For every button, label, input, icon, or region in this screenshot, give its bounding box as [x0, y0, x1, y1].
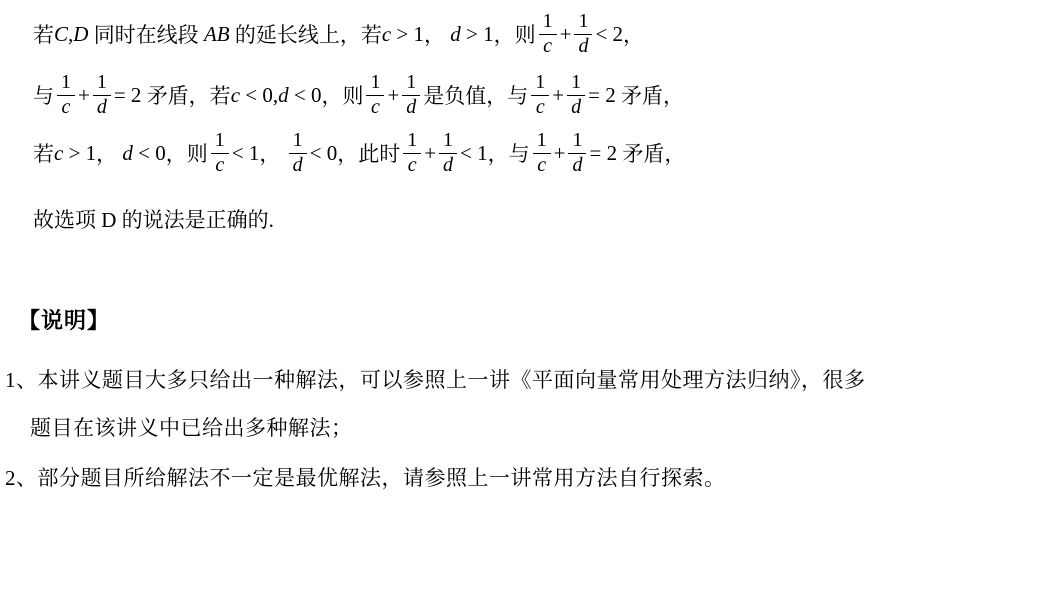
solution-math-line-3: 若c > 1， d < 0，则1c< 1， 1d< 0，此时1c+1d< 1，与…	[33, 123, 685, 183]
note-item-1-line-2: 题目在该讲义中已给出多种解法；	[30, 412, 353, 442]
text-run: 的延长线上，若	[230, 19, 382, 49]
math-operator: < 0	[310, 141, 338, 166]
text-run: ，	[96, 138, 122, 168]
math-operator: < 1	[232, 141, 260, 166]
text-run: ，此时	[337, 138, 400, 168]
math-operator: < 0	[133, 141, 166, 166]
note-item-2-line-1: 2、部分题目所给解法不一定是最优解法，请参照上一讲常用方法自行探索。	[5, 462, 726, 492]
math-variable: AB	[204, 22, 230, 47]
fraction: 1c	[211, 130, 229, 176]
math-operator: > 1	[391, 22, 424, 47]
solution-math-line-1: 若C,D 同时在线段 AB 的延长线上，若c > 1， d > 1，则1c+1d…	[33, 6, 644, 62]
math-operator: < 1	[460, 141, 488, 166]
fraction-denominator: c	[537, 154, 546, 177]
math-operator: > 1	[63, 141, 96, 166]
math-operator: = 2	[589, 141, 617, 166]
text-run: 矛盾，	[616, 80, 684, 110]
fraction-denominator: d	[572, 154, 582, 177]
fraction: 1c	[531, 72, 549, 118]
text-run: ，与	[488, 138, 530, 168]
fraction: 1c	[366, 72, 384, 118]
fraction-denominator: c	[536, 96, 545, 119]
document-page: 若C,D 同时在线段 AB 的延长线上，若c > 1， d > 1，则1c+1d…	[0, 0, 1063, 604]
fraction-numerator: 1	[93, 72, 111, 96]
text-run: ，	[424, 19, 450, 49]
fraction-numerator: 1	[402, 72, 420, 96]
fraction-denominator: c	[215, 154, 224, 177]
text-run: 矛盾，若	[141, 80, 230, 110]
text-run: 同时在线段	[88, 19, 204, 49]
fraction-denominator: d	[293, 154, 303, 177]
fraction-numerator: 1	[539, 11, 557, 35]
math-operator: < 0,	[240, 83, 278, 108]
fraction-denominator: d	[578, 35, 588, 58]
math-variable: c	[231, 83, 240, 108]
text-run: ，	[259, 138, 285, 168]
solution-math-line-2: 与1c+1d= 2 矛盾，若c < 0,d < 0，则1c+1d是负值，与1c+…	[33, 66, 684, 124]
math-operator: < 2	[595, 22, 623, 47]
text-run: ，则	[321, 80, 363, 110]
math-variable: d	[278, 83, 289, 108]
fraction-denominator: c	[543, 35, 552, 58]
fraction-denominator: c	[62, 96, 71, 119]
fraction-denominator: d	[443, 154, 453, 177]
fraction-numerator: 1	[567, 72, 585, 96]
text-run: 若	[33, 138, 54, 168]
fraction: 1d	[568, 130, 586, 176]
fraction-numerator: 1	[531, 72, 549, 96]
math-operator: +	[554, 141, 566, 166]
fraction-denominator: d	[406, 96, 416, 119]
fraction: 1c	[533, 130, 551, 176]
fraction-denominator: c	[371, 96, 380, 119]
text-run: 矛盾，	[617, 138, 685, 168]
math-variable: d	[122, 141, 133, 166]
fraction-denominator: d	[97, 96, 107, 119]
fraction-numerator: 1	[439, 130, 457, 154]
fraction: 1d	[402, 72, 420, 118]
fraction-numerator: 1	[403, 130, 421, 154]
math-operator: > 1	[461, 22, 494, 47]
math-variable: C,D	[54, 22, 88, 47]
fraction-numerator: 1	[366, 72, 384, 96]
fraction-numerator: 1	[289, 130, 307, 154]
math-variable: d	[450, 22, 461, 47]
fraction-numerator: 1	[568, 130, 586, 154]
math-operator: +	[552, 83, 564, 108]
fraction: 1c	[57, 72, 75, 118]
note-item-1-line-1: 1、本讲义题目大多只给出一种解法，可以参照上一讲《平面向量常用处理方法归纳》，很…	[5, 364, 866, 394]
solution-conclusion: 故选项 D 的说法是正确的.	[33, 204, 274, 234]
fraction: 1d	[289, 130, 307, 176]
math-operator: +	[424, 141, 436, 166]
fraction-denominator: c	[408, 154, 417, 177]
math-operator: +	[560, 22, 572, 47]
math-variable: c	[382, 22, 391, 47]
math-variable: c	[54, 141, 63, 166]
fraction: 1d	[93, 72, 111, 118]
text-run: 是负值，与	[423, 80, 528, 110]
text-run: ，则	[166, 138, 208, 168]
fraction: 1c	[539, 11, 557, 57]
fraction: 1d	[567, 72, 585, 118]
fraction-numerator: 1	[57, 72, 75, 96]
text-run: 与	[33, 80, 54, 110]
text-run: ，	[623, 19, 644, 49]
math-operator: = 2	[114, 83, 142, 108]
fraction: 1c	[403, 130, 421, 176]
fraction: 1d	[574, 11, 592, 57]
text-run: ，则	[494, 19, 536, 49]
math-operator: +	[78, 83, 90, 108]
fraction-denominator: d	[571, 96, 581, 119]
fraction-numerator: 1	[574, 11, 592, 35]
note-section-header: 【说明】	[18, 304, 110, 335]
math-operator: < 0	[289, 83, 322, 108]
math-operator: +	[387, 83, 399, 108]
math-operator: = 2	[588, 83, 616, 108]
fraction-numerator: 1	[211, 130, 229, 154]
text-run: 若	[33, 19, 54, 49]
fraction-numerator: 1	[533, 130, 551, 154]
fraction: 1d	[439, 130, 457, 176]
